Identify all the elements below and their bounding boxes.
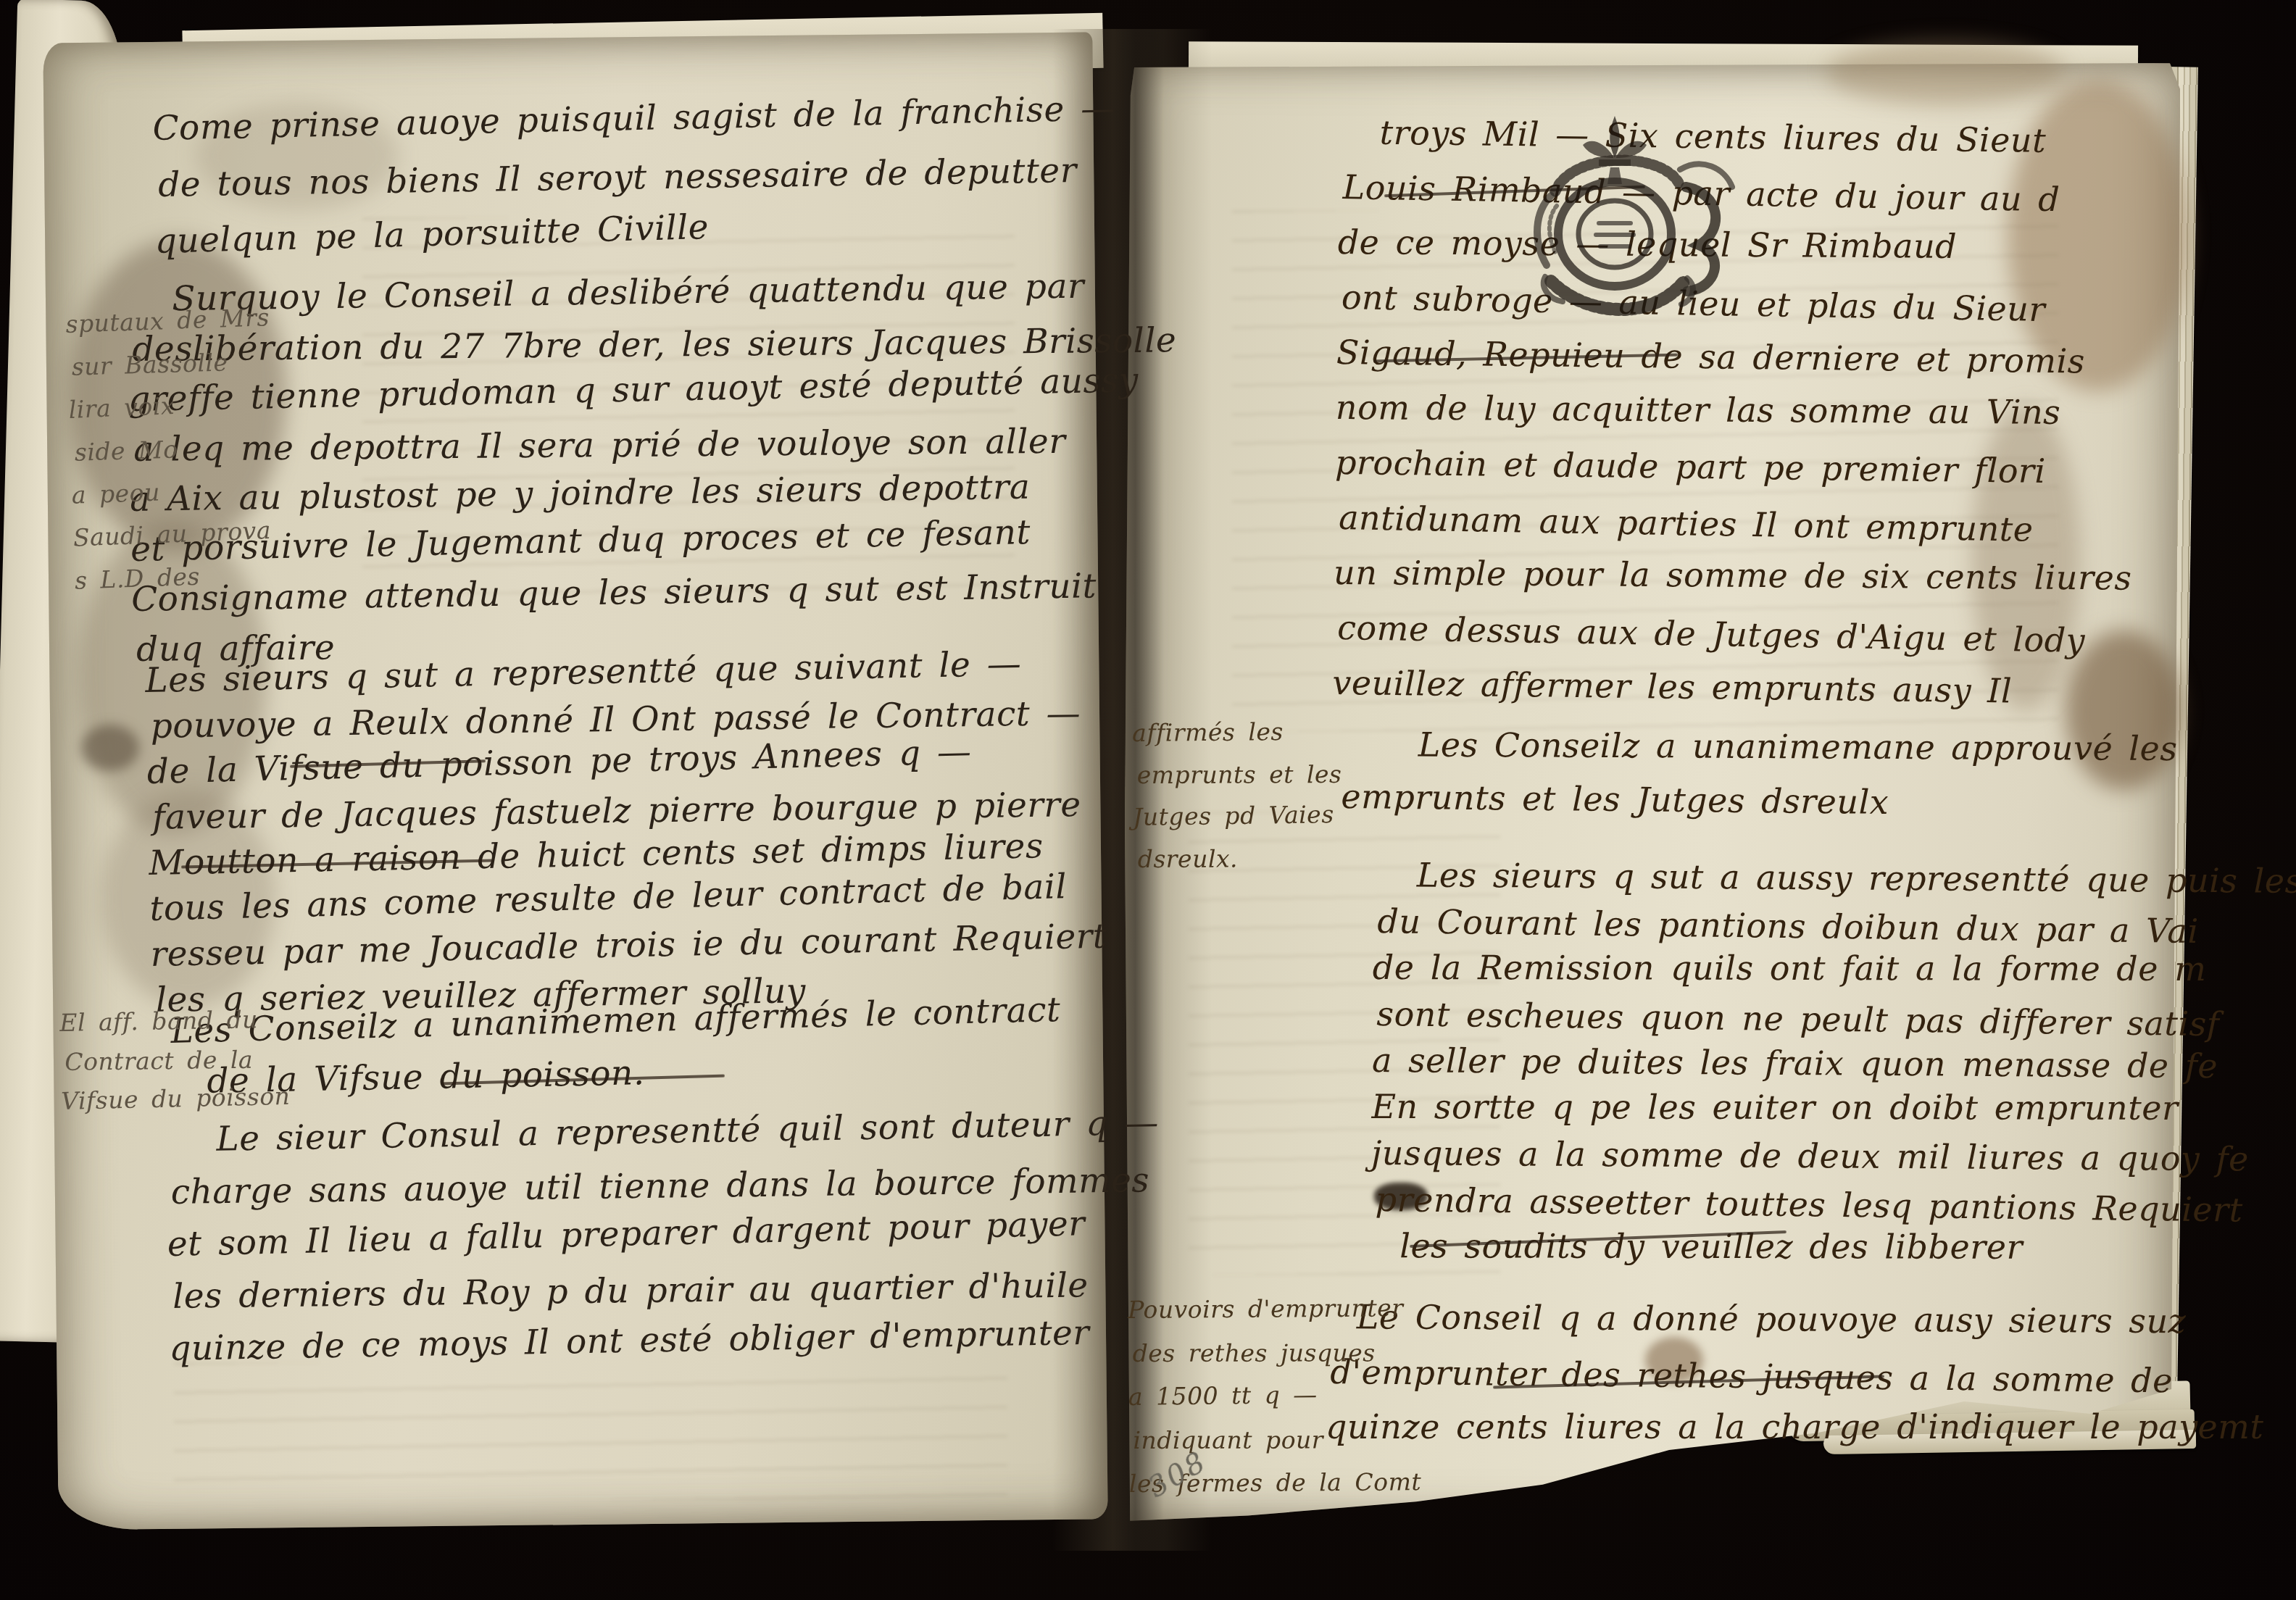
handwritten-line: Les sieurs q sut a aussy representté que… xyxy=(1417,855,2296,908)
handwritten-line: emprunts et les xyxy=(1137,760,1342,803)
right-page-paragraph-4: Le Conseil q a donné pouvoye ausy sieurs… xyxy=(1326,1297,2265,1467)
handwritten-line: quinze cents liures a la charge d'indiqu… xyxy=(1326,1407,2263,1462)
stain xyxy=(1826,40,2066,105)
handwritten-line: Saudi au prova xyxy=(72,516,278,567)
left-page-paragraph-1: Come prinse auoye puisquil sagist de la … xyxy=(152,88,1118,278)
handwritten-line: Le Conseil q a donné pouvoye ausy sieurs… xyxy=(1357,1297,2265,1357)
right-margin-note-1: affirmés lesemprunts et lesJutges pd Vai… xyxy=(1132,717,1339,887)
handwritten-line: Vifsue du poisson xyxy=(61,1082,291,1126)
handwritten-line: affirmés les xyxy=(1132,717,1337,761)
handwritten-line: les soudits dy veuillez des libberer xyxy=(1399,1226,2296,1274)
handwritten-line: dsreulx. xyxy=(1138,844,1343,887)
right-page-paragraph-3: Les sieurs q sut a aussy representté que… xyxy=(1370,855,2296,1279)
handwritten-line: sputaux de Mrs xyxy=(65,303,270,353)
left-margin-note-1: sputaux de Mrssur Bassollelira voixside … xyxy=(65,303,279,609)
left-margin-note-2: El aff. band duContract de laVifsue du p… xyxy=(59,1004,291,1125)
right-page-paragraph-2: Les Conseilz a unanimemane approuvé lese… xyxy=(1336,725,2177,833)
handwritten-line: Jutges pd Vaies xyxy=(1133,800,1339,845)
handwritten-line: Les Conseilz a unanimemane approuvé les xyxy=(1418,725,2178,781)
handwritten-line: prochain et daude part pe premier flori xyxy=(1335,443,2134,507)
left-page-paragraph-3: Les sieurs q sut a representté que suiva… xyxy=(145,643,1108,1026)
handwritten-line: En sortte q pe les euiter on doibt empru… xyxy=(1371,1087,2296,1135)
stain xyxy=(81,725,139,771)
handwritten-line: s L.D des xyxy=(74,559,279,609)
handwritten-line: nom de luy acquitter las somme au Vins xyxy=(1336,388,2134,449)
left-page-paragraph-2: Surquoy le Conseil a deslibéré quattendu… xyxy=(127,265,1176,680)
handwritten-line: a 1500 tt q — xyxy=(1128,1379,1421,1426)
manuscript-photo: Come prinse auoye puisquil sagist de la … xyxy=(0,0,2296,1600)
handwritten-line: Contract de la xyxy=(65,1045,294,1087)
handwritten-line: jusques a la somme de deux mil liures a … xyxy=(1371,1133,2296,1186)
left-page-paragraph-5: Le sieur Consul a representté quil sont … xyxy=(165,1103,1163,1381)
handwritten-line: de la Remission quils ont fait a la form… xyxy=(1373,948,2296,996)
handwritten-line: un simple pour la somme de six cents liu… xyxy=(1334,553,2132,614)
handwritten-line: des rethes jusques xyxy=(1133,1338,1425,1383)
handwritten-line: emprunts et les Jutges dsreulx xyxy=(1341,777,2181,838)
fiscal-stamp-icon xyxy=(1470,100,1760,339)
left-page-paragraph-4: Les Conseilz a unanimemen affermés le co… xyxy=(170,990,1062,1113)
handwritten-line: a leq me depottra Il sera prié de vouloy… xyxy=(133,420,1178,480)
handwritten-line: El aff. band du xyxy=(59,1004,289,1048)
bleed-through-text xyxy=(174,1362,1007,1500)
handwritten-line: Pouvoirs d'emprunter xyxy=(1128,1293,1421,1339)
handwritten-line: lira voix xyxy=(68,388,273,438)
handwritten-line: side Mo xyxy=(74,432,279,480)
